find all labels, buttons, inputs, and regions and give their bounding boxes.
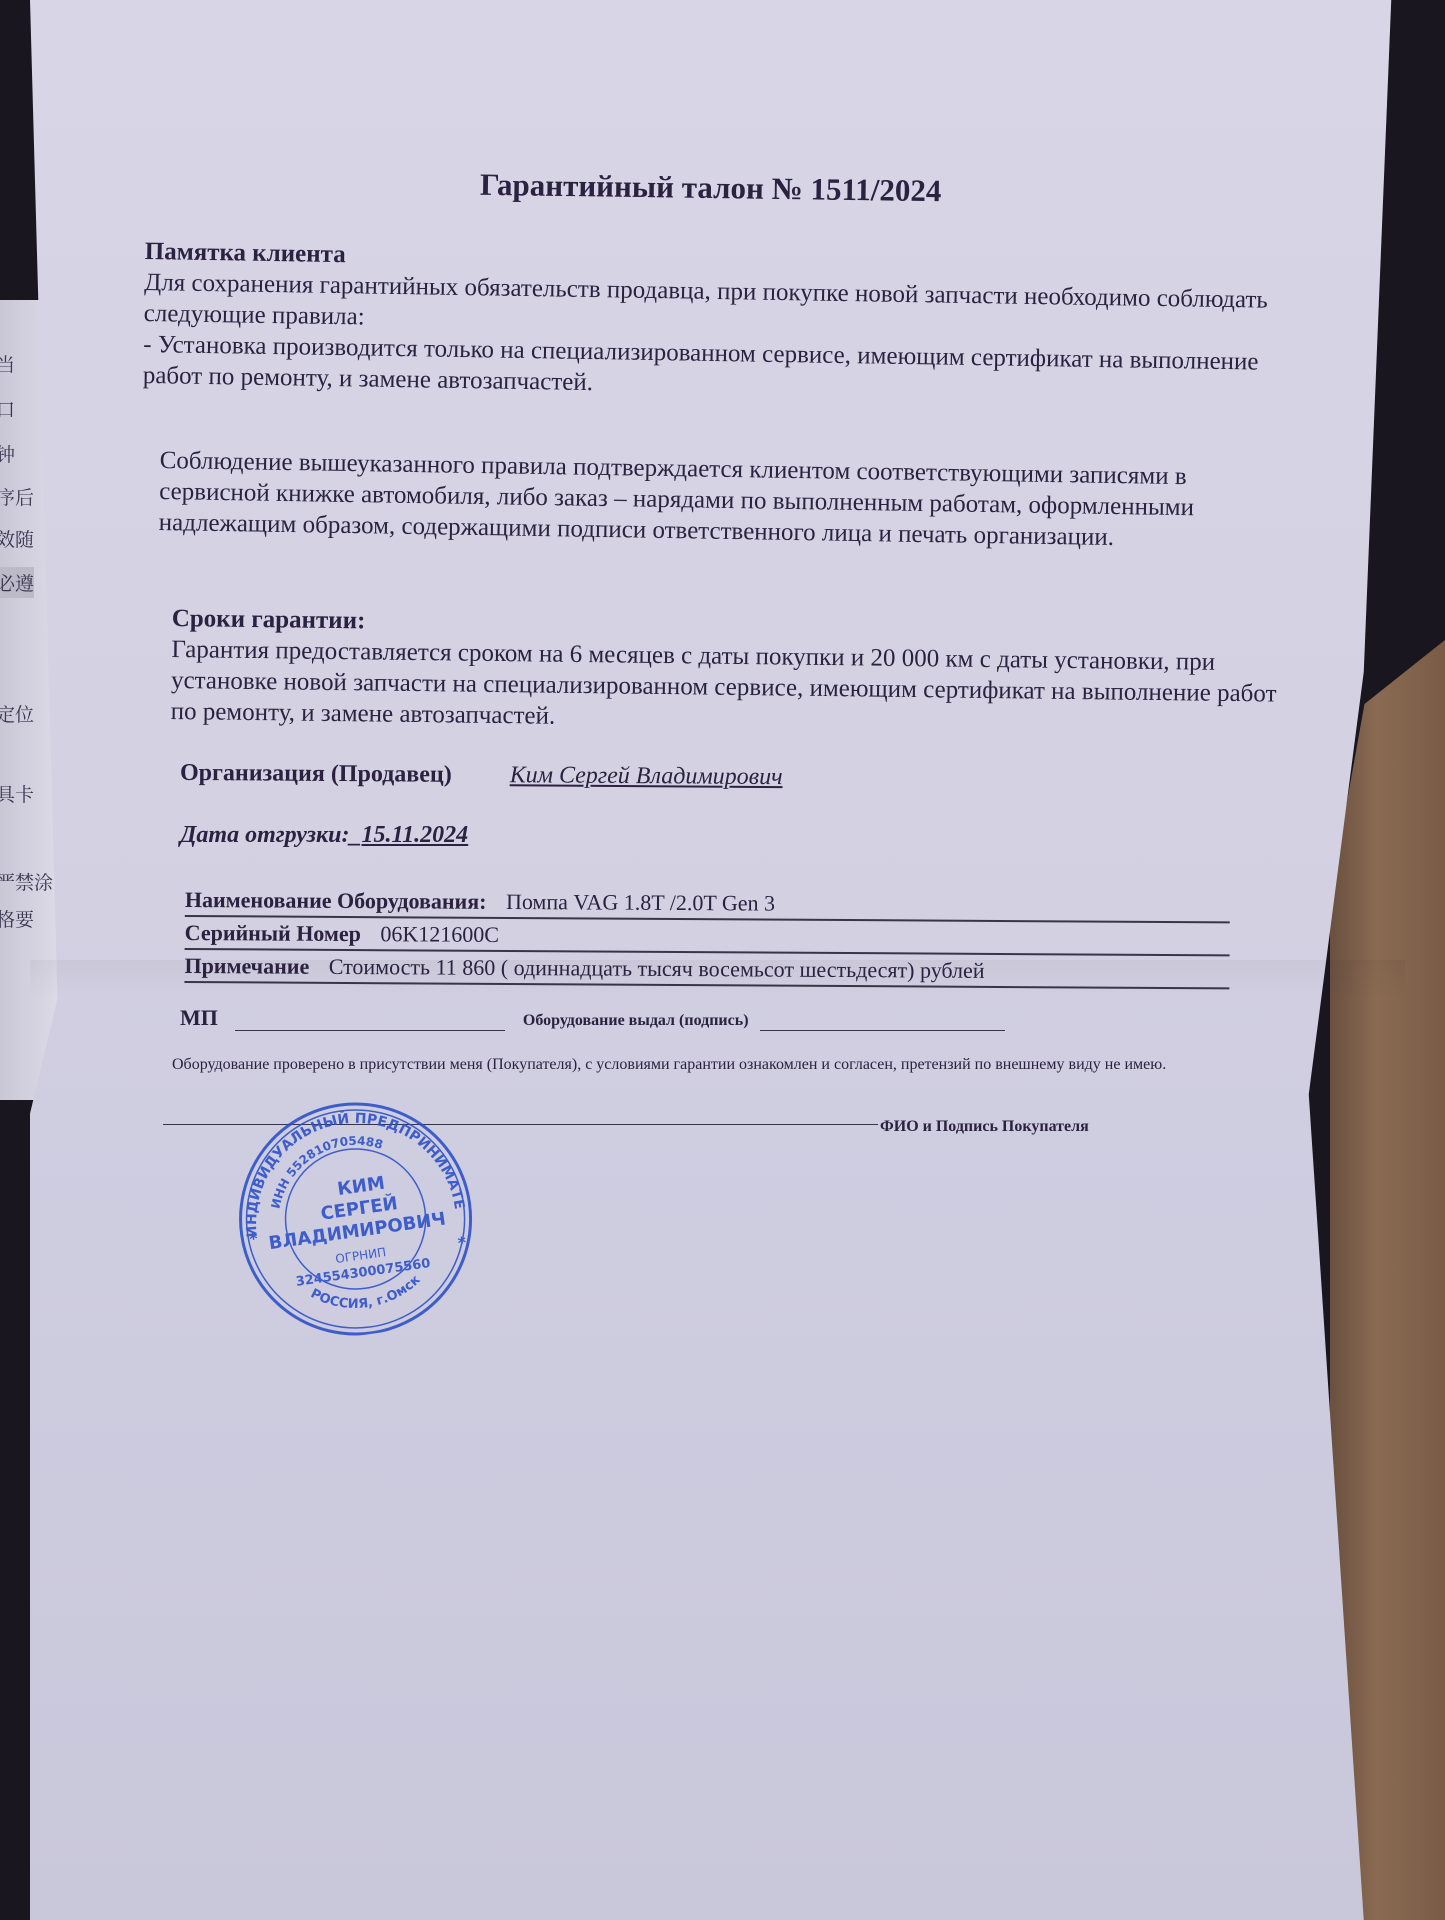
note-value: Стоимость 11 860 ( одиннадцать тысяч вос… <box>329 954 985 983</box>
issuer-signature-line <box>760 1030 1005 1031</box>
warranty-text: Гарантия предоставляется сроком на 6 мес… <box>170 634 1281 741</box>
equipment-name-value: Помпа VAG 1.8T /2.0T Gen 3 <box>506 889 775 916</box>
mp-label: МП <box>180 1005 218 1030</box>
warranty-terms: Сроки гарантии: Гарантия предоставляется… <box>170 603 1281 741</box>
svg-text:*: * <box>457 1233 469 1253</box>
equipment-name-label: Наименование Оборудования: <box>185 887 487 914</box>
company-stamp: ИНДИВИДУАЛЬНЫЙ ПРЕДПРИНИМАТЕЛЬ ИНН 55281… <box>225 1095 485 1335</box>
equipment-table: Наименование Оборудования: Помпа VAG 1.8… <box>184 884 1230 989</box>
rule-confirmation: Соблюдение вышеуказанного правила подтве… <box>159 445 1290 556</box>
confirmation-text: Соблюдение вышеуказанного правила подтве… <box>159 445 1290 556</box>
note-label: Примечание <box>184 953 309 979</box>
seller-label: Организация (Продавец) <box>180 760 452 788</box>
serial-number-value: 06K121600C <box>380 921 499 947</box>
shipment-date-row: Дата отгрузки:_15.11.2024 <box>180 822 468 849</box>
serial-number-label: Серийный Номер <box>185 920 361 946</box>
seller-value: Ким Сергей Владимирович <box>510 762 783 790</box>
buyer-acknowledgement: Оборудование проверено в присутствии мен… <box>172 1054 1242 1075</box>
issued-by-label: Оборудование выдал (подпись) <box>523 1012 749 1029</box>
warranty-document: Гарантийный талон № 1511/2024 Памятка кл… <box>0 0 1445 1920</box>
customer-memo: Памятка клиента Для сохранения гарантийн… <box>143 236 1295 409</box>
document-title: Гарантийный талон № 1511/2024 <box>480 167 942 209</box>
issuer-signature-row: МП Оборудование выдал (подпись) <box>180 1005 1005 1031</box>
seller-row: Организация (Продавец) Ким Сергей Владим… <box>180 760 783 791</box>
table-row: Примечание Стоимость 11 860 ( одиннадцат… <box>184 950 1229 989</box>
shipment-label: Дата отгрузки: <box>180 822 349 848</box>
mp-signature-line <box>235 1030 505 1031</box>
buyer-signature-label: ФИО и Подпись Покупателя <box>880 1118 1089 1136</box>
shipment-date: 15.11.2024 <box>361 822 468 848</box>
